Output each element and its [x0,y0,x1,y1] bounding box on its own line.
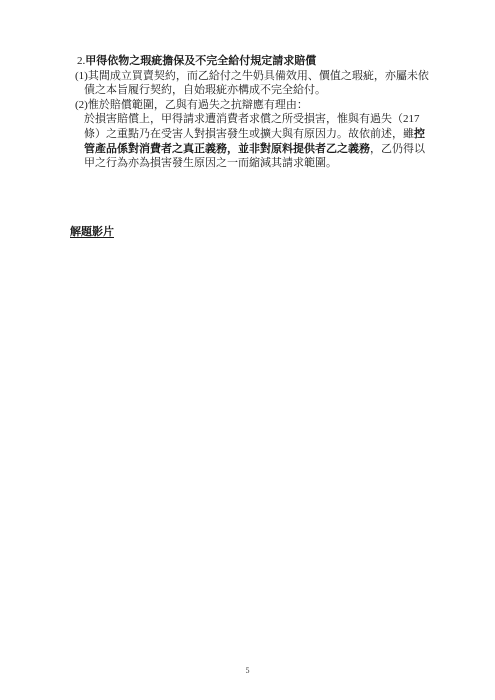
section-title: 甲得依物之瑕疵擔保及不完全給付規定請求賠償 [85,55,316,67]
item2-detail-line3: 管產品係對消費者之真正義務，並非對原料提供者乙之義務，乙仍得以 [84,142,465,157]
item2-detail-line4: 甲之行為亦為損害發生原因之一而縮減其請求範圍。 [84,156,465,171]
item2-detail-line1: 於損害賠償上，甲得請求遭消費者求償之所受損害，惟與有過失（217 [84,112,465,127]
video-link[interactable]: 解題影片 [70,223,114,239]
section-heading: 2.甲得依物之瑕疵擔保及不完全給付規定請求賠償 [77,54,465,69]
page-number: 5 [0,666,495,675]
item2-line1: (2)惟於賠償範圍，乙與有過失之抗辯應有理由： [75,98,465,113]
item2-detail-line2: 條）之重點乃在受害人對損害發生或擴大與有原因力。故依前述，雖控 [84,127,465,142]
text-segment: ，乙仍得以 [370,143,425,155]
item1-line2: 債之本旨履行契約，自始瑕疵亦構成不完全給付。 [84,83,465,98]
item1-line1: (1)其間成立買賣契約，而乙給付之牛奶具備效用、價值之瑕疵，亦屬未依 [75,69,465,84]
answer-section: 2.甲得依物之瑕疵擔保及不完全給付規定請求賠償 (1)其間成立買賣契約，而乙給付… [75,54,465,171]
text-segment: 條）之重點乃在受害人對損害發生或擴大與有原因力。故依前述，雖 [84,128,414,140]
text-segment-bold: 管產品係對消費者之真正義務，並非對原料提供者乙之義務 [84,143,370,155]
text-segment-bold: 控 [414,128,425,140]
document-page: 2.甲得依物之瑕疵擔保及不完全給付規定請求賠償 (1)其間成立買賣契約，而乙給付… [0,0,495,700]
section-number: 2. [77,55,85,67]
